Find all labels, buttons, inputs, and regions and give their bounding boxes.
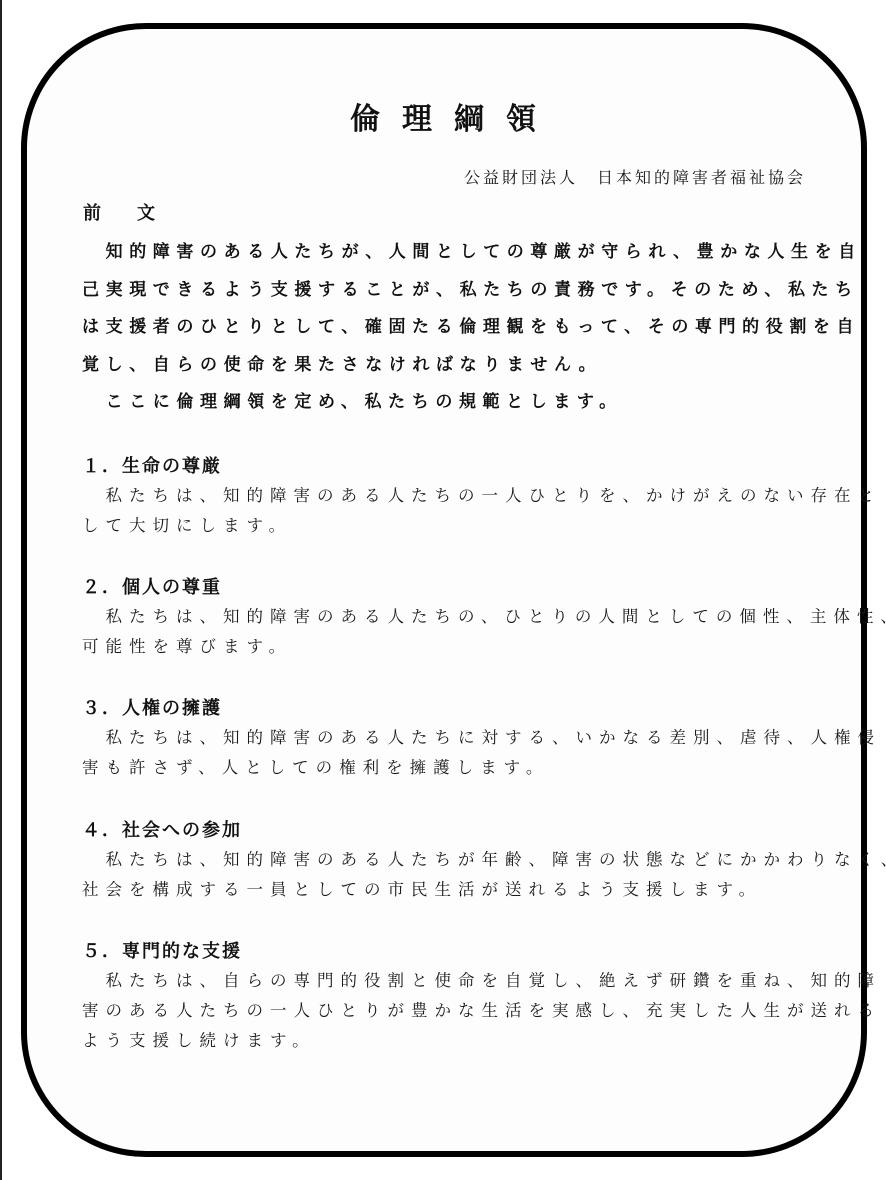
section-line: 私たちは、知的障害のある人たちの一人ひとりを、かけがえのない存在と xyxy=(82,481,812,511)
section-human-rights: ３．人権の擁護 私たちは、知的障害のある人たちに対する、いかなる差別、虐待、人権… xyxy=(82,695,812,783)
section-heading: １．生命の尊厳 xyxy=(82,453,812,481)
preamble-heading: 前 文 xyxy=(83,201,155,227)
section-respect-for-individual: ２．個人の尊重 私たちは、知的障害のある人たちの、ひとりの人間としての個性、主体… xyxy=(82,574,812,662)
section-line: 私たちは、自らの専門的役割と使命を自覚し、絶えず研鑽を重ね、知的障 xyxy=(82,966,812,996)
preamble-line: ここに倫理綱領を定め、私たちの規範とします。 xyxy=(82,384,812,422)
preamble-line: は支援者のひとりとして、確固たる倫理観をもって、その専門的役割を自 xyxy=(82,309,812,347)
section-social-participation: ４．社会への参加 私たちは、知的障害のある人たちが年齢、障害の状態などにかかわり… xyxy=(82,817,812,905)
page-edge-rule xyxy=(0,0,2,1180)
preamble-line: 覚し、自らの使命を果たさなければなりません。 xyxy=(82,347,812,385)
preamble-body: 知的障害のある人たちが、人間としての尊厳が守られ、豊かな人生を自 己実現できるよ… xyxy=(82,234,812,422)
section-line: 私たちは、知的障害のある人たちに対する、いかなる差別、虐待、人権侵 xyxy=(82,723,812,753)
section-line: して大切にします。 xyxy=(82,511,812,541)
section-dignity-of-life: １．生命の尊厳 私たちは、知的障害のある人たちの一人ひとりを、かけがえのない存在… xyxy=(82,453,812,541)
document-title: 倫理綱領 xyxy=(0,100,886,140)
section-line: 害も許さず、人としての権利を擁護します。 xyxy=(82,753,812,783)
section-line: よう支援し続けます。 xyxy=(82,1026,812,1056)
preamble-line: 知的障害のある人たちが、人間としての尊厳が守られ、豊かな人生を自 xyxy=(82,234,812,272)
section-heading: ３．人権の擁護 xyxy=(82,695,812,723)
section-line: 可能性を尊びます。 xyxy=(82,632,812,662)
preamble-line: 己実現できるよう支援することが、私たちの責務です。そのため、私たち xyxy=(82,272,812,310)
section-professional-support: ５．専門的な支援 私たちは、自らの専門的役割と使命を自覚し、絶えず研鑽を重ね、知… xyxy=(82,938,812,1056)
section-line: 害のある人たちの一人ひとりが豊かな生活を実感し、充実した人生が送れる xyxy=(82,996,812,1026)
section-heading: ４．社会への参加 xyxy=(82,817,812,845)
section-line: 社会を構成する一員としての市民生活が送れるよう支援します。 xyxy=(82,875,812,905)
section-heading: ５．専門的な支援 xyxy=(82,938,812,966)
organization-name: 公益財団法人 日本知的障害者福祉協会 xyxy=(464,166,806,190)
section-line: 私たちは、知的障害のある人たちの、ひとりの人間としての個性、主体性、 xyxy=(82,602,812,632)
section-line: 私たちは、知的障害のある人たちが年齢、障害の状態などにかかわりなく、 xyxy=(82,845,812,875)
section-heading: ２．個人の尊重 xyxy=(82,574,812,602)
